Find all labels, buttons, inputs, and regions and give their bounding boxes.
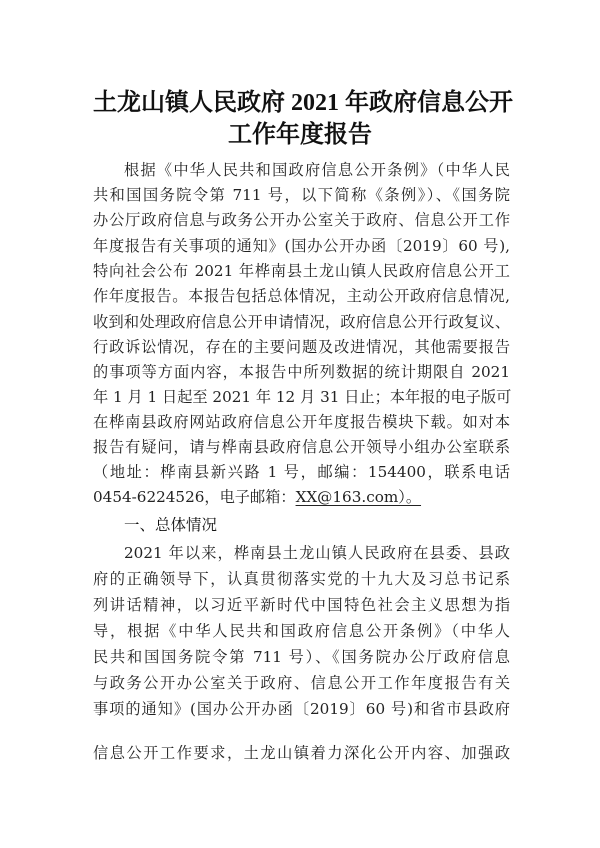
intro-line: 作年度报告。本报告包括总体情况，主动公开政府信息情况,: [93, 286, 510, 306]
document-page: 土龙山镇人民政府 2021 年政府信息公开 工作年度报告 根据《中华人民共和国政…: [0, 0, 600, 848]
contact-line: 0454-6224526，电子邮箱：XX@163.com）。: [93, 487, 510, 507]
overview-line: 与政务公开办公室关于政府、信息公开工作年度报告有关: [93, 673, 510, 693]
overview-line: 信息公开工作要求，土龙山镇着力深化公开内容、加强政: [93, 743, 510, 763]
section-heading-overview: 一、总体情况: [124, 515, 217, 535]
intro-line: 行政诉讼情况，存在的主要问题及改进情况，其他需要报告: [93, 337, 510, 357]
intro-line: 的事项等方面内容，本报告中所列数据的统计期限自 2021: [93, 362, 510, 382]
intro-line: 根据《中华人民共和国政府信息公开条例》（中华人民: [124, 160, 510, 180]
contact-email-link[interactable]: XX@163.com）。: [296, 488, 421, 506]
intro-line: 办公厅政府信息与政务公开办公室关于政府、信息公开工作: [93, 210, 510, 230]
document-title-line-2: 工作年度报告: [0, 114, 600, 149]
intro-line: 收到和处理政府信息公开申请情况，政府信息公开行政复议、: [93, 312, 510, 332]
overview-line: 列讲话精神，以习近平新时代中国特色社会主义思想为指: [93, 595, 510, 615]
overview-line: 2021 年以来，桦南县土龙山镇人民政府在县委、县政: [124, 543, 510, 563]
intro-line: 年 1 月 1 日起至 2021 年 12 月 31 日止；本年报的电子版可: [93, 387, 510, 407]
intro-line: 报告有疑问，请与桦南县政府信息公开领导小组办公室联系: [93, 437, 510, 457]
intro-line: 年度报告有关事项的通知》(国办公开办函〔2019〕60 号),: [93, 236, 510, 256]
overview-line: 导，根据《中华人民共和国政府信息公开条例》（中华人: [93, 621, 510, 641]
document-title-line-1: 土龙山镇人民政府 2021 年政府信息公开: [3, 82, 600, 117]
intro-line: 在桦南县政府网站政府信息公开年度报告模块下载。如对本: [93, 412, 510, 432]
contact-phone-text: 0454-6224526，电子邮箱：: [93, 488, 296, 506]
intro-line: 特向社会公布 2021 年桦南县土龙山镇人民政府信息公开工: [93, 261, 510, 281]
intro-line: 共和国国务院令第 711 号，以下简称《条例》）、《国务院: [93, 185, 510, 205]
overview-line: 府的正确领导下，认真贯彻落实党的十九大及习总书记系: [93, 569, 510, 589]
overview-line: 事项的通知》(国办公开办函〔2019〕60 号)和省市县政府: [93, 699, 510, 719]
overview-line: 民共和国国务院令第 711 号）、《国务院办公厅政府信息: [93, 647, 510, 667]
intro-line: （地址：桦南县新兴路 1 号，邮编：154400，联系电话: [93, 462, 510, 482]
